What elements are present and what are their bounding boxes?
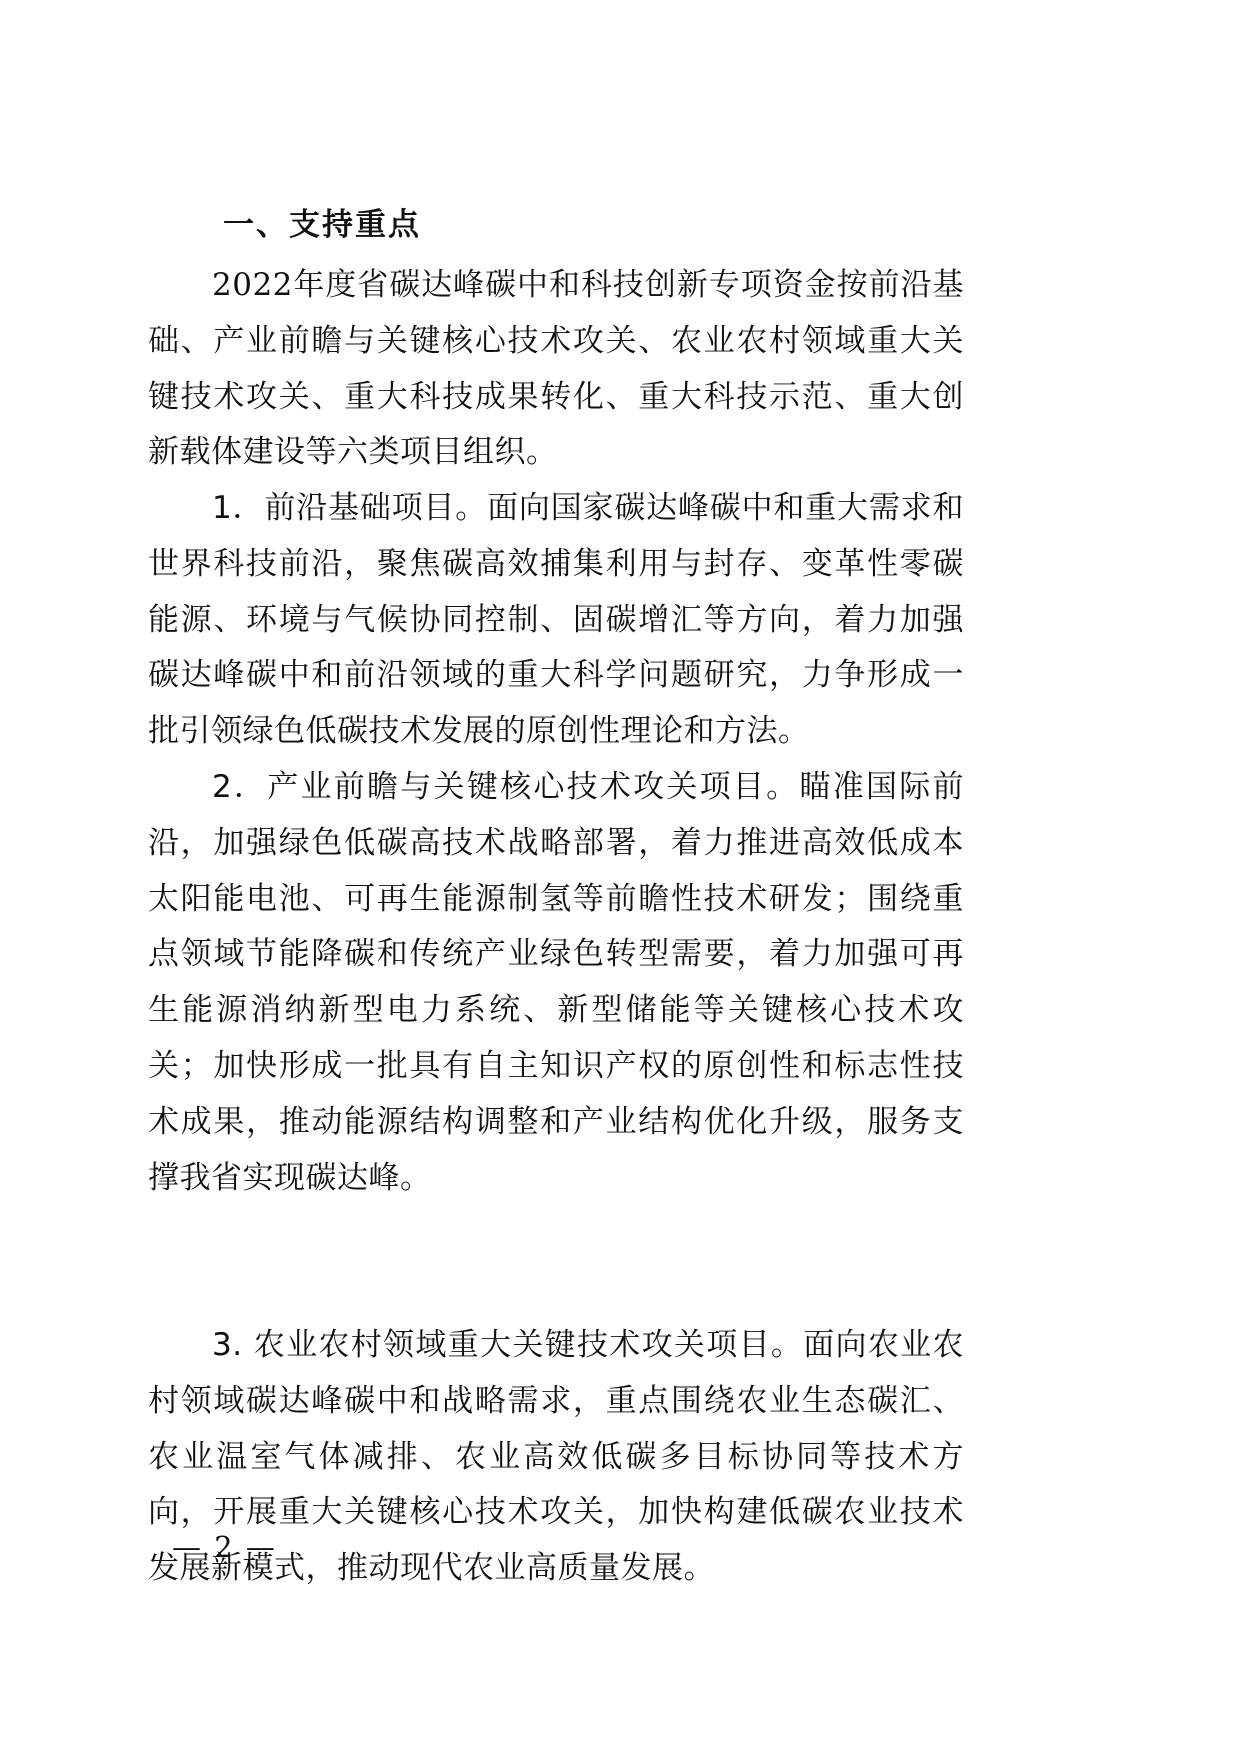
item-2-title: 2．产业前瞻与关键核心技术攻关项目。 [212,769,799,805]
intro-paragraph: 2022年度省碳达峰碳中和科技创新专项资金按前沿基础、产业前瞻与关键核心技术攻关… [148,258,964,481]
item-1-text: 面向国家碳达峰碳中和重大需求和世界科技前沿，聚焦碳高效捕集利用与封存、变革性零碳… [148,490,964,749]
document-page: 一、支持重点 2022年度省碳达峰碳中和科技创新专项资金按前沿基础、产业前瞻与关… [0,0,1240,1754]
intro-text: 2022年度省碳达峰碳中和科技创新专项资金按前沿基础、产业前瞻与关键核心技术攻关… [148,267,964,470]
section-heading: 一、支持重点 [223,205,421,245]
page-number: — 2 — [172,1530,277,1564]
item-1-title: 1．前沿基础项目。 [212,490,487,526]
item-1-paragraph: 1．前沿基础项目。面向国家碳达峰碳中和重大需求和世界科技前沿，聚焦碳高效捕集利用… [148,481,964,760]
item-2-paragraph: 2．产业前瞻与关键核心技术攻关项目。瞄准国际前沿，加强绿色低碳高技术战略部署，着… [148,760,964,1206]
item-3-title: 3. 农业农村领域重大关键技术攻关项目。 [212,1327,803,1363]
item-2-text: 瞄准国际前沿，加强绿色低碳高技术战略部署，着力推进高效低成本太阳能电池、可再生能… [148,769,964,1196]
